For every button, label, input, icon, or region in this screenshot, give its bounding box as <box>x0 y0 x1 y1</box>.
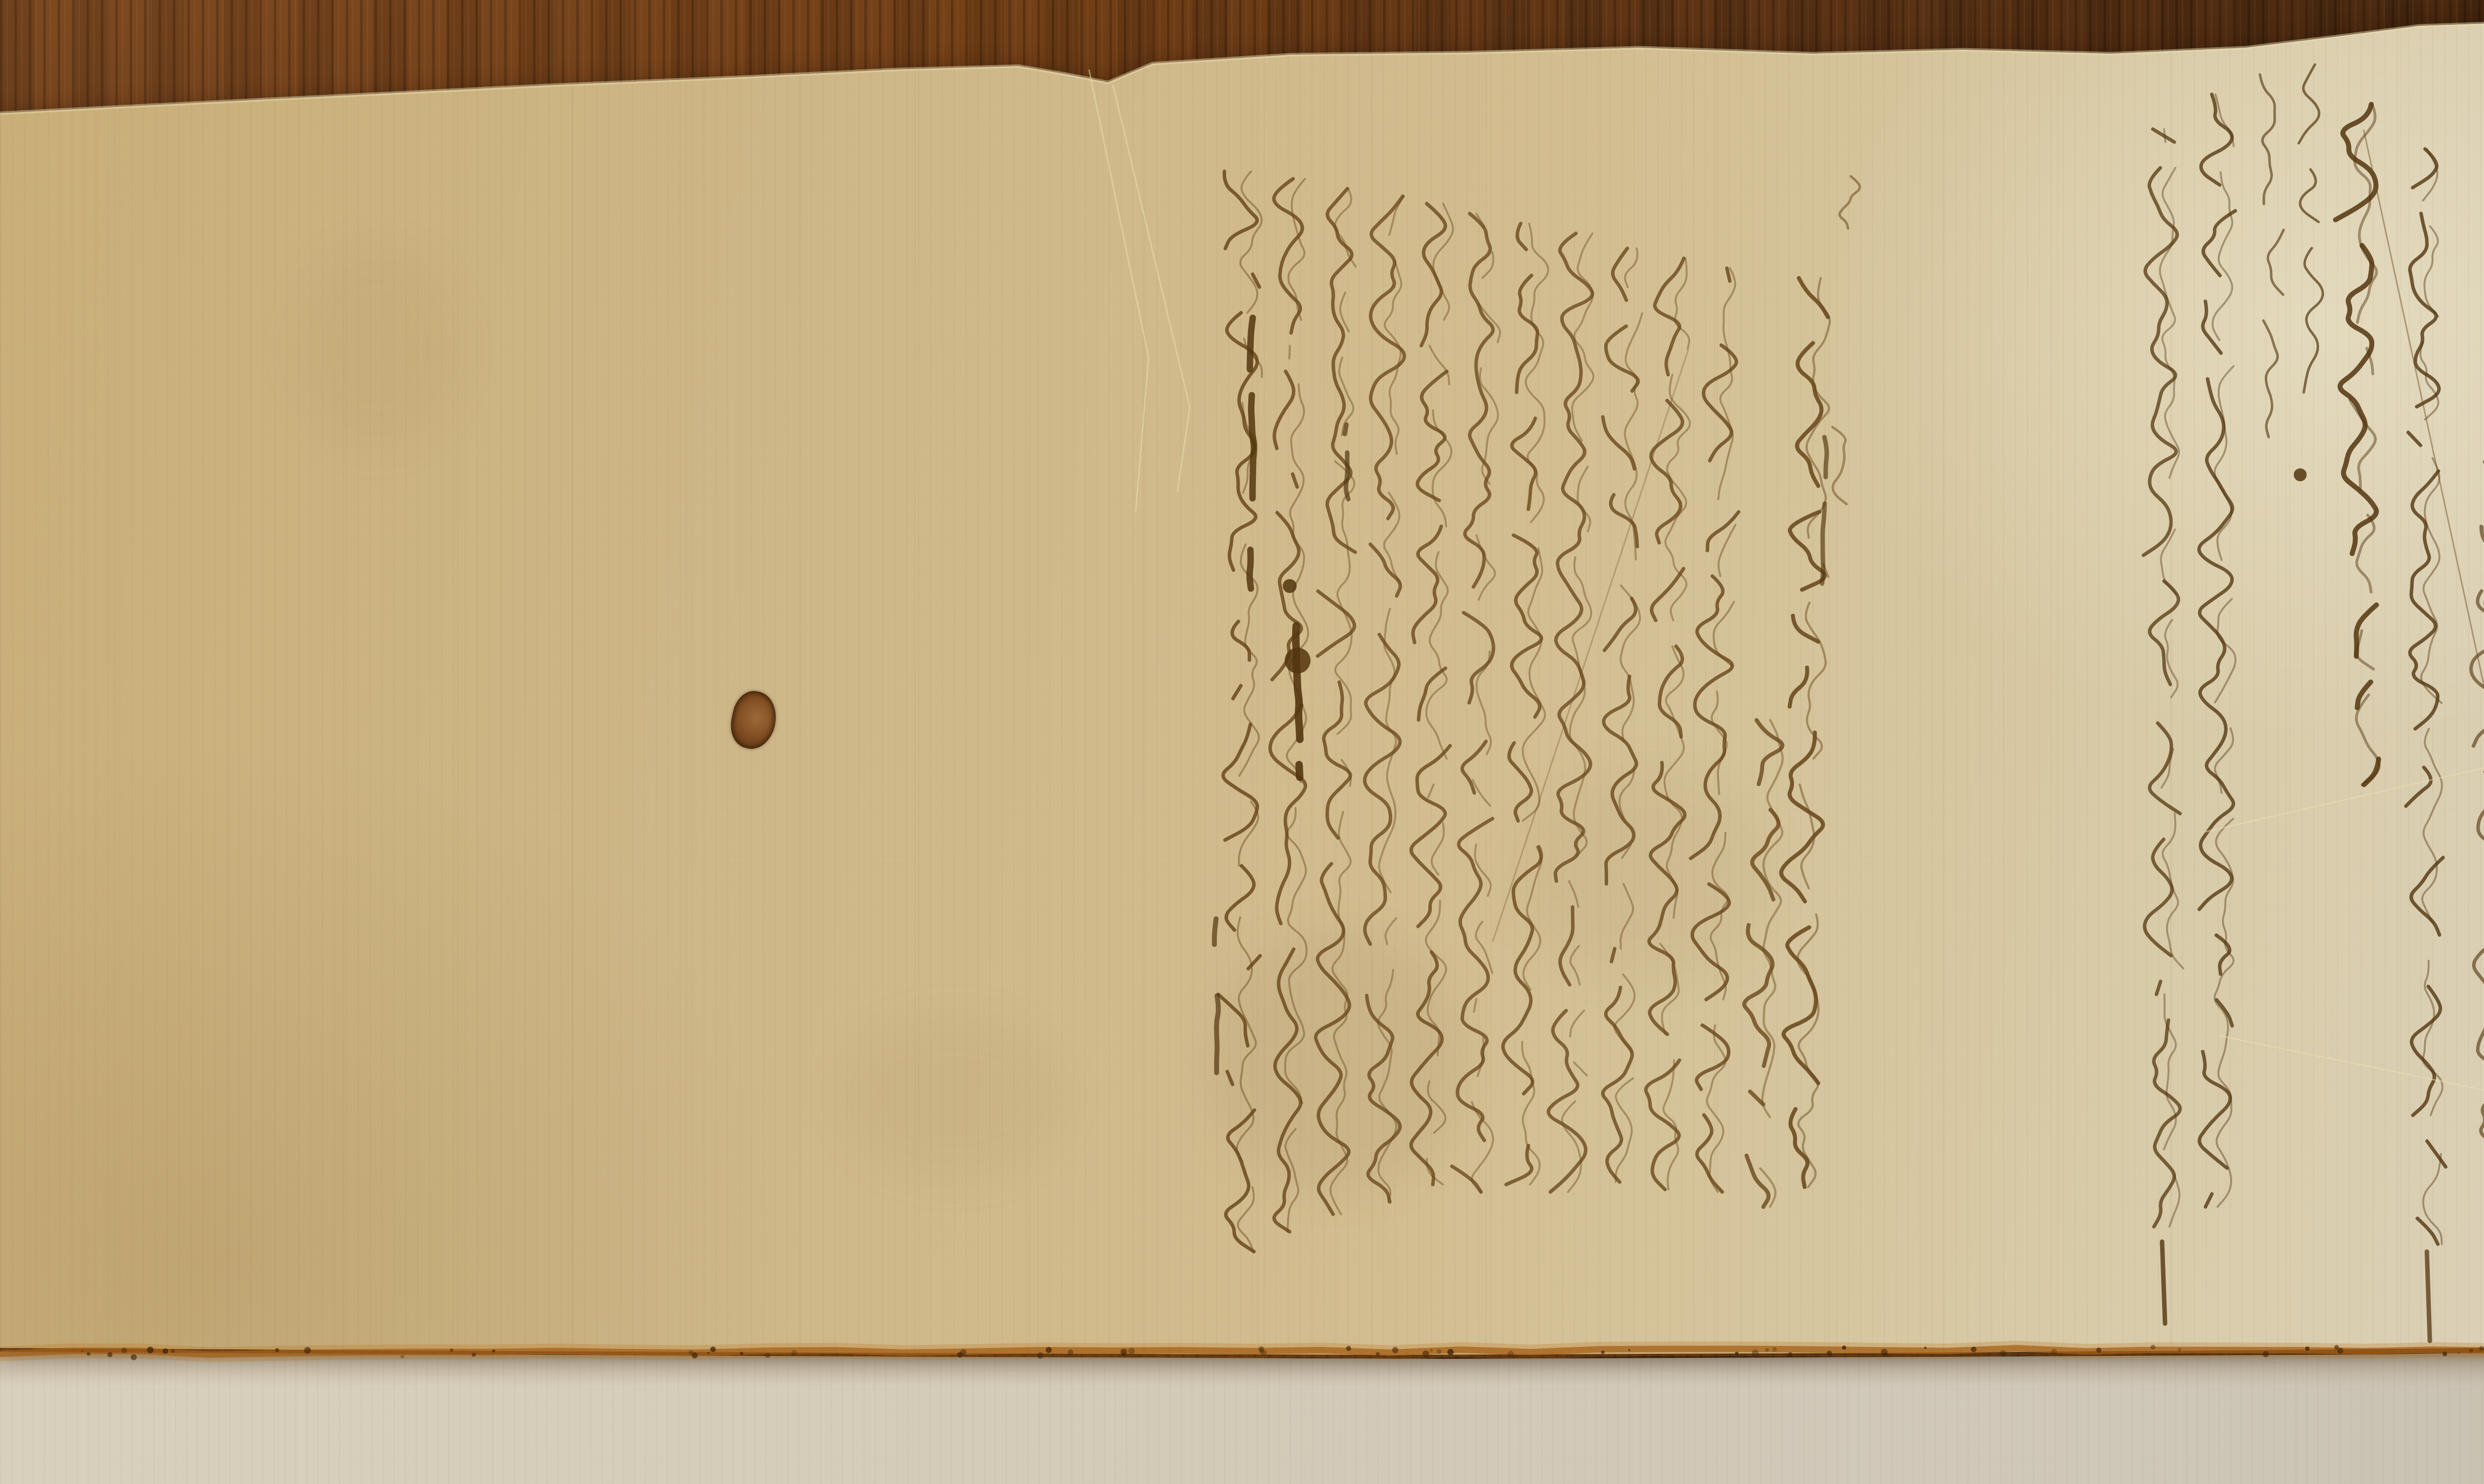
paper-stain <box>1515 770 1774 978</box>
paper-stain <box>1207 934 1466 1192</box>
manuscript-page <box>0 0 2484 1484</box>
paper-stain <box>845 1018 1063 1177</box>
photo-scene <box>0 0 2484 1484</box>
paper-stain <box>298 248 457 447</box>
worm-hole <box>726 687 781 753</box>
manuscript-page-wrap <box>0 0 2484 1484</box>
